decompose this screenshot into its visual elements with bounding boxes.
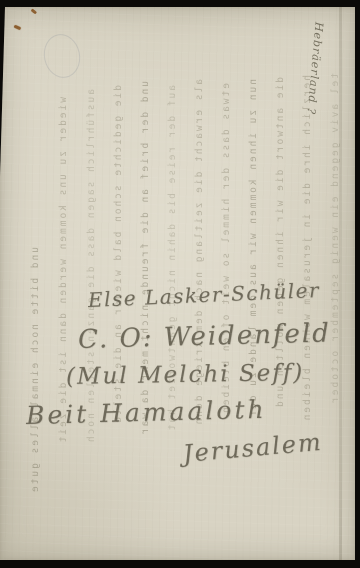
rust-speck — [31, 8, 37, 14]
bleedthrough-column: die gedichte schon bald wieder an die st… — [111, 85, 126, 549]
bleedthrough-column: herzlich ihre die in jerusalem wohnen bl… — [300, 75, 315, 549]
embossed-oval-mark — [40, 31, 84, 82]
bleedthrough-column: wieder zu uns kommen werden dann ist die… — [56, 97, 71, 549]
bleedthrough-column: als erwacht die zeitlang nach dem kriege… — [192, 79, 207, 547]
address-line-care-of: C. O: Weidenfeld — [78, 318, 332, 355]
address-line-city: Jerusalem — [182, 428, 324, 468]
address-line-building: Beit Hamaaloth — [26, 395, 267, 430]
bleedthrough-column: auf der reise bis dahin nicht geantworte… — [165, 85, 180, 549]
bleedthrough-column: nun zu ihnen kommen wir aus dem lande zu… — [246, 79, 261, 549]
bleedthrough-column: ausführlich sagen dass die ganzen stelle… — [84, 89, 99, 549]
address-line-detail: (Mul Melchi Seff) — [66, 360, 305, 390]
bleedthrough-column: die antwort die wir ihnen geben wollten … — [273, 77, 288, 549]
letter-page: und bitte noch einmal alles gute wieder … — [0, 7, 355, 560]
pencil-annotation-vertical: Hebräerland ? — [303, 3, 327, 134]
paper-edge-shadow — [339, 7, 342, 560]
bleedthrough-column: und der brief an die freunde nicht mehr … — [138, 81, 153, 549]
bleedthrough-column: etwas dass der himmel so weit offen blei… — [219, 83, 234, 549]
bleedthrough-column: und bitte noch einmal alles gute — [28, 247, 43, 547]
address-line-recipient: Else Lasker-Schüler — [87, 278, 320, 312]
scan-background: und bitte noch einmal alles gute wieder … — [0, 0, 360, 568]
rust-speck — [14, 25, 21, 30]
